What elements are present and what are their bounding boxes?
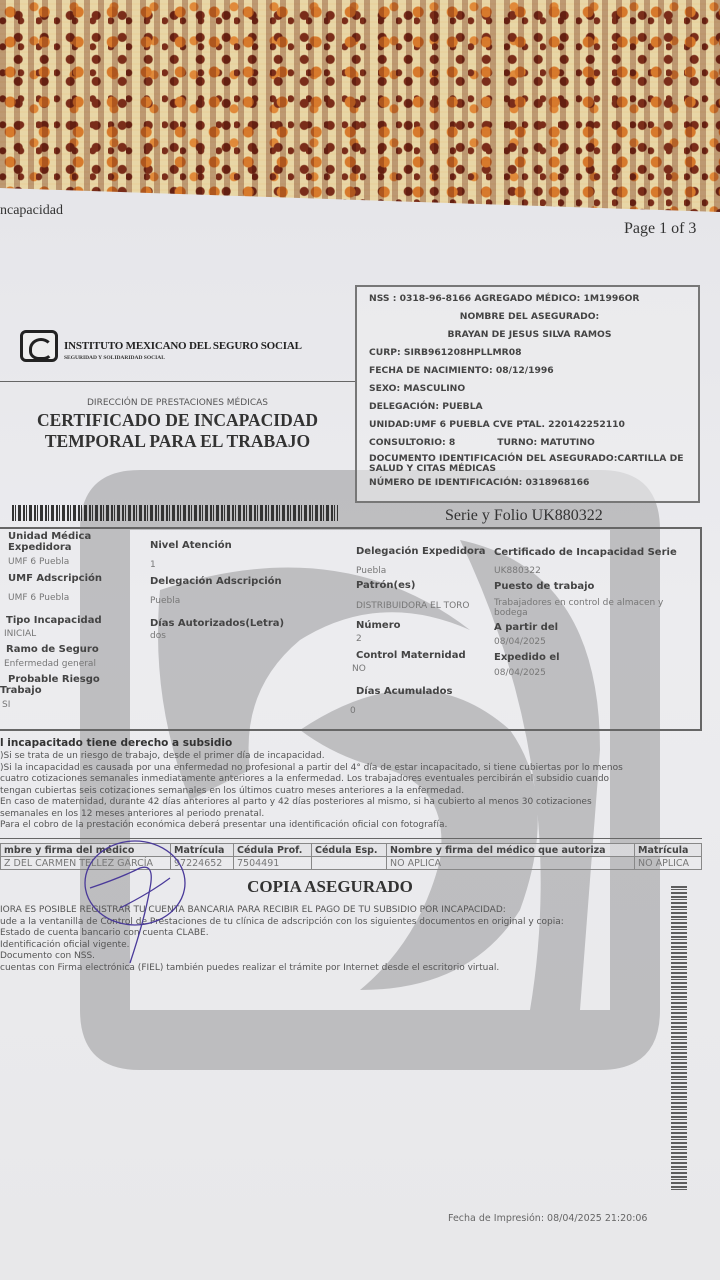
document-title-fragment: ncapacidad: [0, 203, 63, 219]
rights-line: Para el cobro de la prestación económica…: [0, 820, 720, 832]
page-indicator: Page 1 of 3: [624, 220, 696, 238]
cert-serie-label: Certificado de Incapacidad Serie: [494, 547, 677, 558]
dias-acumulados-value: 0: [350, 706, 356, 716]
office: CONSULTORIO: 8: [369, 434, 494, 452]
delegacion-adscripcion-label: Delegación Adscripción: [150, 576, 282, 587]
vertical-barcode: [671, 886, 687, 1190]
unidad-medica-value: UMF 6 Puebla: [8, 557, 69, 567]
birth-date: FECHA DE NACIMIENTO: 08/12/1996: [369, 362, 690, 380]
tipo-incapacidad-value: INICIAL: [4, 629, 36, 639]
umf-adscripcion-value: UMF 6 Puebla: [8, 593, 69, 603]
imss-logo-icon: [20, 330, 58, 362]
bank-account-instructions: IORA ES POSIBLE REGISTRAR TU CUENTA BANC…: [0, 905, 564, 974]
direction-title: DIRECCIÓN DE PRESTACIONES MÉDICAS: [0, 398, 355, 408]
id-document: DOCUMENTO IDENTIFICACIÓN DEL ASEGURADO:C…: [369, 452, 690, 474]
sex: SEXO: MASCULINO: [369, 380, 690, 398]
table-row: Z DEL CARMEN TELLEZ GARCÍA 97224652 7504…: [1, 857, 702, 870]
expedido-label: Expedido el: [494, 652, 560, 663]
curp: CURP: SIRB961208HPLLMR08: [369, 344, 690, 362]
certificate-title-line2: TEMPORAL PARA EL TRABAJO: [0, 431, 355, 452]
insured-name-label: NOMBRE DEL ASEGURADO:: [369, 308, 690, 326]
dias-acumulados-label: Días Acumulados: [356, 686, 452, 697]
umf-adscripcion-label: UMF Adscripción: [8, 573, 102, 584]
certificate-title: CERTIFICADO DE INCAPACIDAD TEMPORAL PARA…: [0, 410, 355, 452]
unidad-medica-label: Unidad Médica Expedidora: [8, 531, 108, 553]
patron-label: Patrón(es): [356, 580, 415, 591]
patron-value: DISTRIBUIDORA EL TORO: [356, 601, 470, 611]
bank-line: cuentas con Firma electrónica (FIEL) tam…: [0, 963, 564, 975]
a-partir-value: 08/04/2025: [494, 637, 546, 647]
col-authorizing-doctor: Nombre y firma del médico que autoriza: [387, 844, 635, 857]
a-partir-label: A partir del: [494, 622, 558, 633]
col-cedula-prof: Cédula Prof.: [234, 844, 312, 857]
authorizing-doctor: NO APLICA: [387, 857, 635, 870]
nivel-value: 1: [150, 560, 156, 570]
certificate-title-line1: CERTIFICADO DE INCAPACIDAD: [0, 410, 355, 431]
rights-line: En caso de maternidad, durante 42 días a…: [0, 797, 720, 809]
rights-line: )Si se trata de un riesgo de trabajo, de…: [0, 751, 720, 763]
numero-value: 2: [356, 634, 362, 644]
print-date: Fecha de Impresión: 08/04/2025 21:20:06: [448, 1213, 647, 1224]
expedido-value: 08/04/2025: [494, 668, 546, 678]
maternidad-label: Control Maternidad: [356, 650, 466, 661]
bank-line: Estado de cuenta bancario con cuenta CLA…: [0, 928, 564, 940]
cert-serie-value: UK880322: [494, 566, 541, 576]
doctor-name: Z DEL CARMEN TELLEZ GARCÍA: [1, 857, 171, 870]
tablecloth-background: [0, 0, 720, 215]
insured-name: BRAYAN DE JESUS SILVA RAMOS: [369, 326, 690, 344]
doctor-table: mbre y firma del médico Matrícula Cédula…: [0, 843, 702, 870]
puesto-value: Trabajadores en control de almacen y bod…: [494, 598, 694, 618]
institution-motto: SEGURIDAD Y SOLIDARIDAD SOCIAL: [64, 355, 165, 361]
authorizing-matricula: NO APLICA: [635, 857, 702, 870]
delegacion-expedidora-value: Puebla: [356, 566, 386, 576]
divider: [0, 381, 355, 382]
barcode: [12, 505, 338, 521]
dias-letra-label: Días Autorizados(Letra): [150, 618, 284, 629]
doctor-cedula-esp: [312, 857, 387, 870]
col-cedula-esp: Cédula Esp.: [312, 844, 387, 857]
tipo-incapacidad-label: Tipo Incapacidad: [6, 615, 102, 626]
bank-line: IORA ES POSIBLE REGISTRAR TU CUENTA BANC…: [0, 905, 564, 917]
serie-folio: Serie y Folio UK880322: [445, 507, 603, 525]
rights-line: semanales en los 12 meses anteriores al …: [0, 809, 720, 821]
divider: [0, 838, 702, 839]
rights-line: )Si la incapacidad es causada por una en…: [0, 763, 720, 775]
subsidy-rights-title: l incapacitado tiene derecho a subsidio: [0, 737, 232, 749]
institution-name: INSTITUTO MEXICANO DEL SEGURO SOCIAL: [64, 340, 302, 352]
insured-info-box: NSS : 0318-96-8166 AGREGADO MÉDICO: 1M19…: [355, 285, 700, 503]
copy-label: COPIA ASEGURADO: [0, 877, 660, 897]
maternidad-value: NO: [352, 664, 366, 674]
id-number: NÚMERO DE IDENTIFICACIÓN: 0318968166: [369, 474, 690, 492]
rights-line: tengan cubiertas seis cotizaciones seman…: [0, 786, 720, 798]
riesgo-trabajo-value: SI: [2, 700, 10, 710]
bank-line: Documento con NSS.: [0, 951, 564, 963]
delegation: DELEGACIÓN: PUEBLA: [369, 398, 690, 416]
nivel-label: Nivel Atención: [150, 540, 232, 551]
ramo-seguro-label: Ramo de Seguro: [6, 644, 99, 655]
bank-line: ude a la ventanilla de Control de Presta…: [0, 917, 564, 929]
bank-line: Identificación oficial vigente.: [0, 940, 564, 952]
rights-line: cuatro cotizaciones semanales inmediatam…: [0, 774, 720, 786]
delegacion-adscripcion-value: Puebla: [150, 596, 180, 606]
nss-line: NSS : 0318-96-8166 AGREGADO MÉDICO: 1M19…: [369, 290, 690, 308]
dias-letra-value: dos: [150, 631, 166, 641]
office-shift: CONSULTORIO: 8 TURNO: MATUTINO: [369, 434, 690, 452]
doctor-matricula: 97224652: [171, 857, 234, 870]
unit: UNIDAD:UMF 6 PUEBLA CVE PTAL. 2201422521…: [369, 416, 690, 434]
doctor-cedula-prof: 7504491: [234, 857, 312, 870]
col-doctor-name: mbre y firma del médico: [1, 844, 171, 857]
col-matricula: Matrícula: [171, 844, 234, 857]
puesto-label: Puesto de trabajo: [494, 581, 594, 592]
ramo-seguro-value: Enfermedad general: [4, 659, 96, 669]
col-matricula-2: Matrícula: [635, 844, 702, 857]
numero-label: Número: [356, 620, 401, 631]
subsidy-rights-text: )Si se trata de un riesgo de trabajo, de…: [0, 751, 720, 832]
shift: TURNO: MATUTINO: [497, 437, 595, 448]
delegacion-expedidora-label: Delegación Expedidora: [356, 546, 486, 557]
riesgo-trabajo-label: Probable Riesgo Trabajo: [0, 674, 110, 696]
doctor-table-header: mbre y firma del médico Matrícula Cédula…: [1, 844, 702, 857]
